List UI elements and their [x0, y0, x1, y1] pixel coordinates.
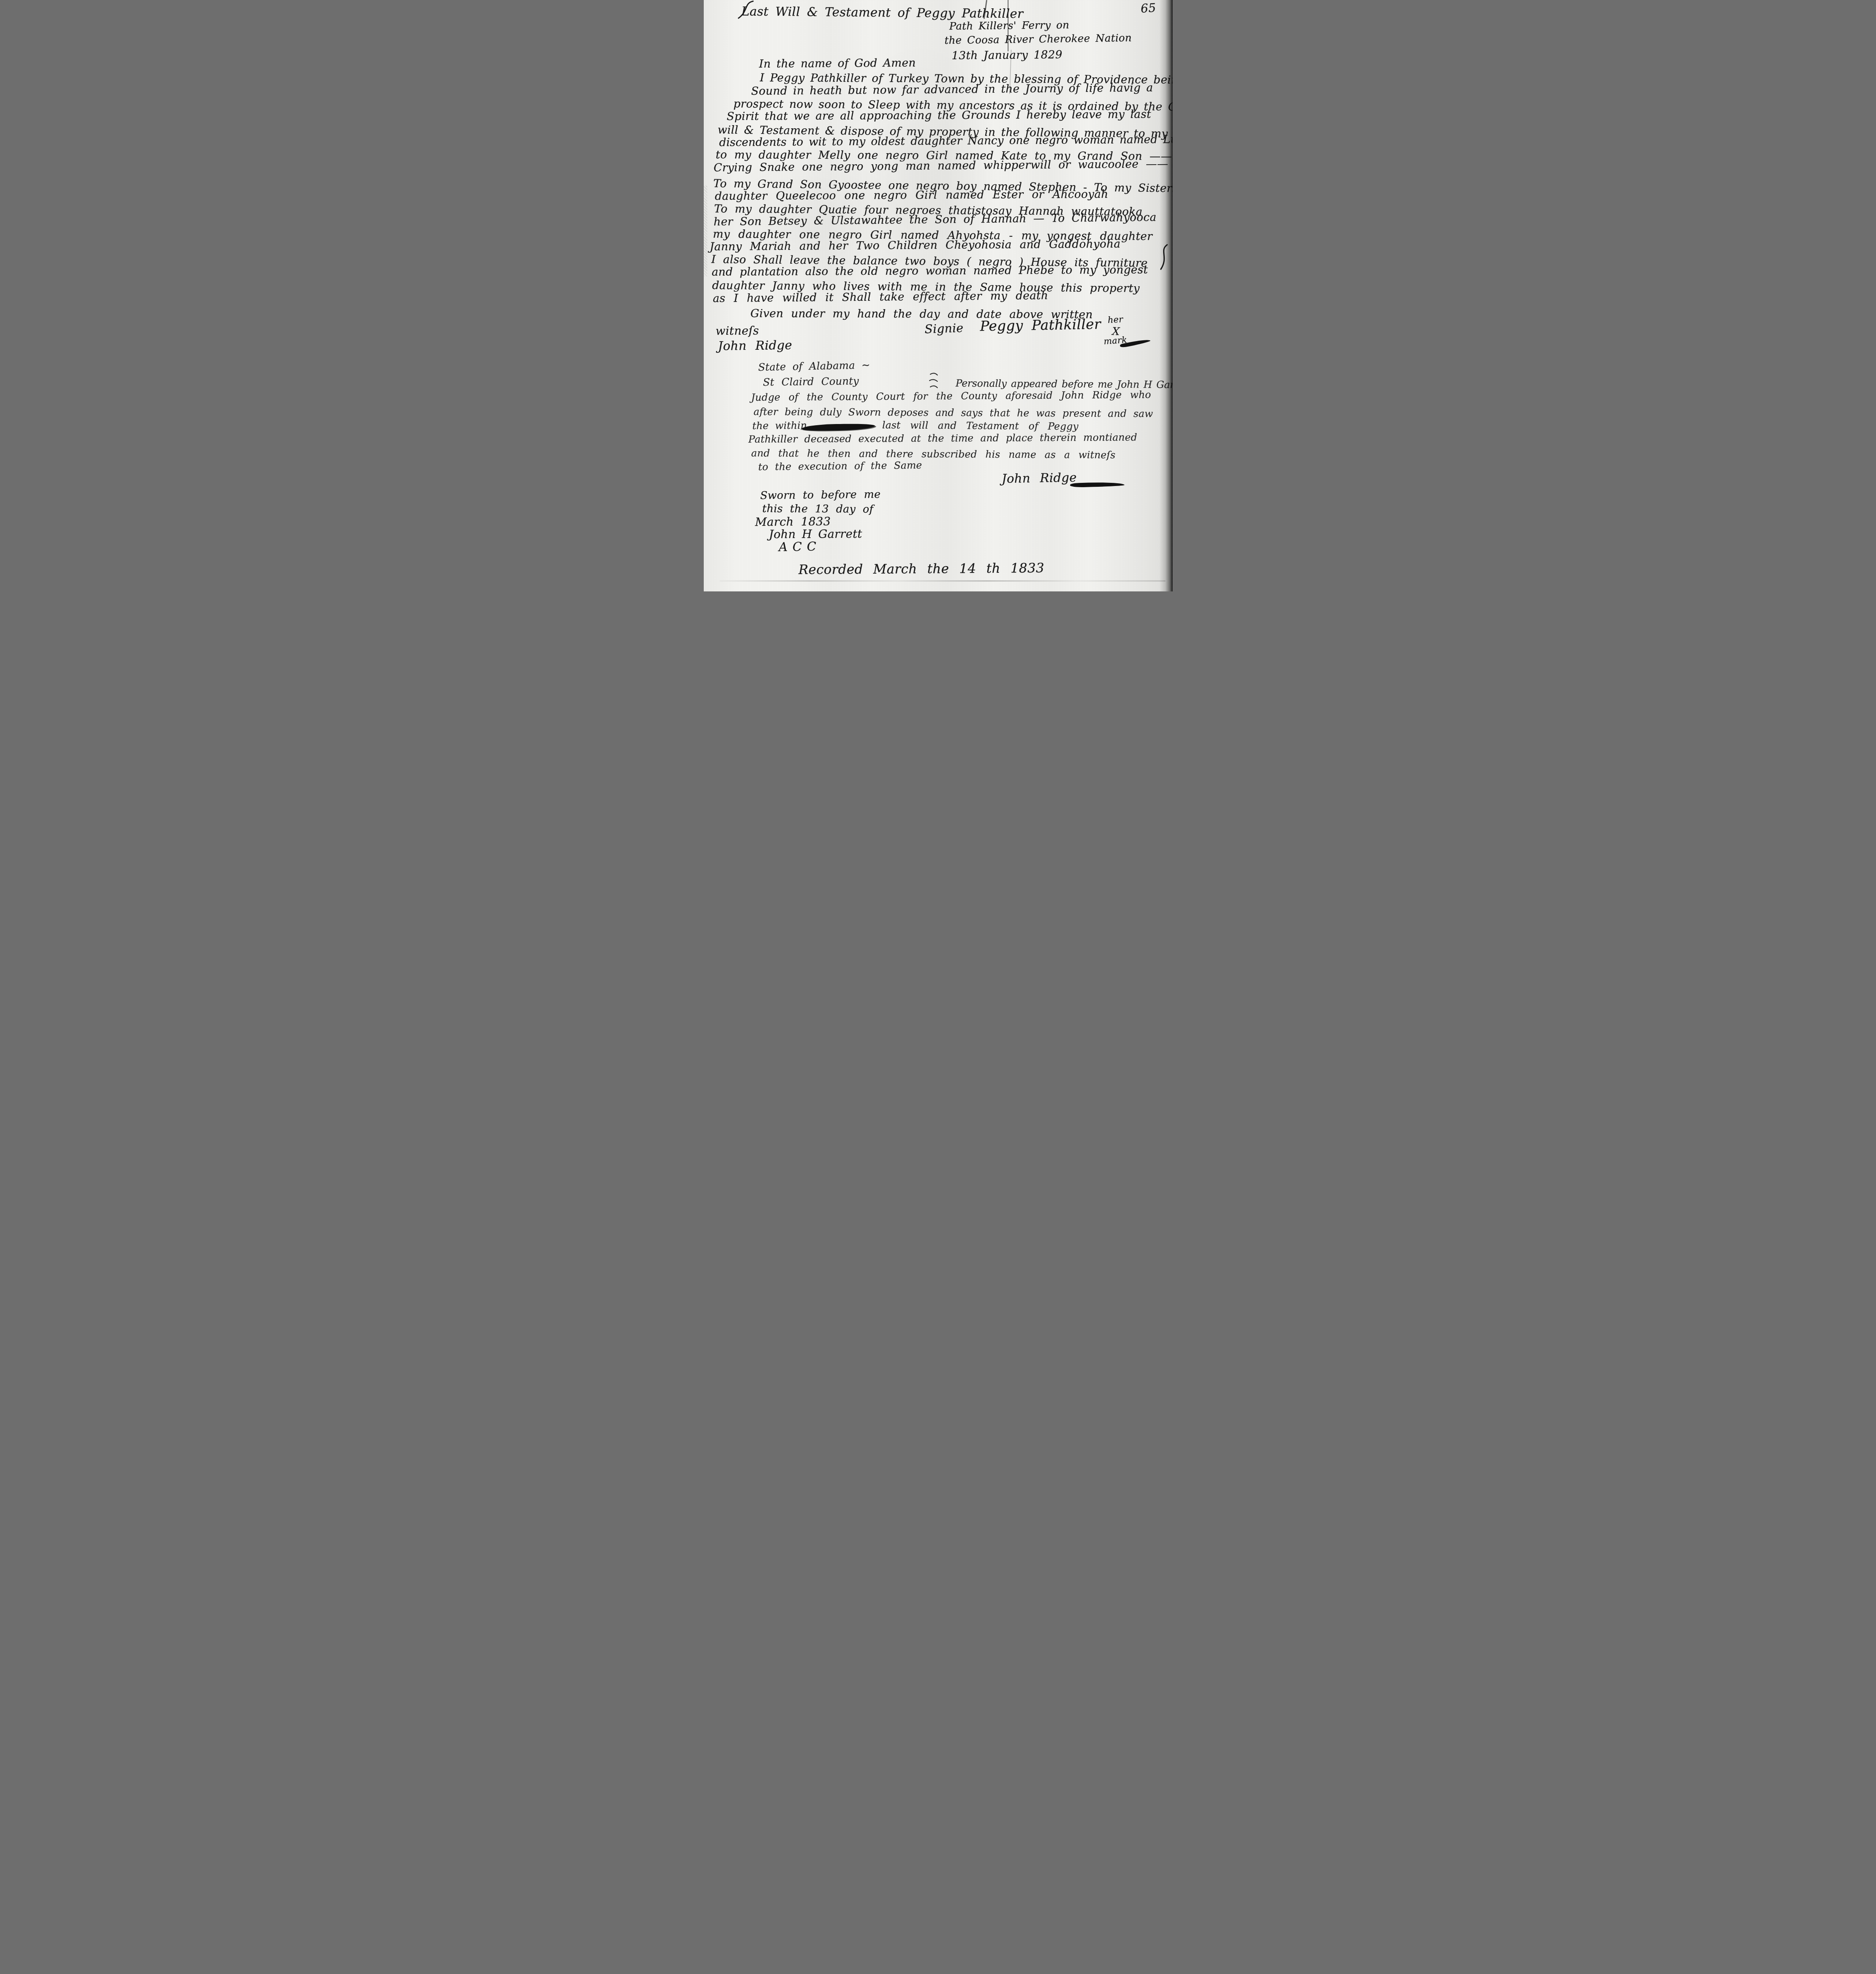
probate-line-execution: to the execution of the Same: [758, 460, 922, 472]
struck-line-before: the within: [752, 420, 807, 431]
county-label: St Claird County: [763, 376, 859, 388]
will-line: discendents to wit to my oldest daughter…: [719, 134, 1172, 148]
scan-streak-artifact: [720, 580, 1166, 582]
will-line: In the name of God Amen: [759, 57, 915, 69]
will-line: Crying Snake one negro yong man named wh…: [713, 158, 1168, 173]
will-line: Spirit that we are all approaching the G…: [726, 109, 1151, 122]
page-number: 65: [1140, 2, 1156, 15]
page-edge-shadow: [1159, 0, 1173, 591]
dateline-river: the Coosa River Cherokee Nation: [944, 33, 1132, 46]
will-line: Sound in heath but now far advanced in t…: [751, 82, 1153, 97]
jurat-line-3: March 1833: [755, 516, 830, 528]
ink-flourish-signature: [1070, 482, 1124, 488]
probate-line-subscribed: and that he then and there subscribed hi…: [751, 448, 1115, 460]
recorded-line: Recorded March the 14 th 1833: [798, 561, 1044, 576]
scan-hatch-artifact: [704, 186, 707, 276]
probate-line-deceased: Pathkiller deceased executed at the time…: [748, 432, 1137, 444]
document-title: Last Will & Testament of Peggy Pathkille…: [741, 6, 1023, 20]
will-line: daughter Queelecoo one negro Girl named …: [714, 189, 1108, 202]
dateline-date: 13th January 1829: [951, 49, 1062, 61]
john-ridge-signature: John Ridge: [1001, 472, 1077, 485]
manuscript-page: Last Will & Testament of Peggy Pathkille…: [704, 0, 1173, 591]
jcc-abbreviation: A C C: [778, 540, 816, 554]
will-line: as I have willed it Shall take effect af…: [712, 290, 1048, 304]
witness-label: witneſs: [715, 325, 759, 337]
jurat-line-2: this the 13 day of: [762, 503, 873, 514]
jurat-line-1: Sworn to before me: [760, 489, 880, 501]
testator-signature: Peggy Pathkiller: [980, 318, 1101, 334]
appeared-line: Personally appeared before me John H Gar…: [956, 378, 1173, 390]
witness-signature-john-ridge: John Ridge: [718, 339, 792, 353]
struck-line-after: last will and Testament of Peggy: [882, 420, 1078, 431]
probate-line-judge: Judge of the County Court for the County…: [751, 390, 1151, 402]
dateline-place: Path Killers' Ferry on: [949, 20, 1069, 32]
struck-out-text-blot: [801, 423, 875, 432]
state-line: State of Alabama ~: [758, 360, 870, 373]
probate-line-sworn: after being duly Sworn deposes and says …: [753, 407, 1153, 418]
ink-swash-right-margin: [1158, 243, 1169, 272]
will-line: and plantation also the old negro woman …: [711, 264, 1148, 278]
garrett-signature: John H Garrett: [768, 528, 862, 540]
will-line: Janny Mariah and her Two Children Cheyoh…: [709, 238, 1120, 252]
signed-label: Signie: [924, 323, 963, 336]
her-mark-her: her: [1107, 315, 1123, 325]
